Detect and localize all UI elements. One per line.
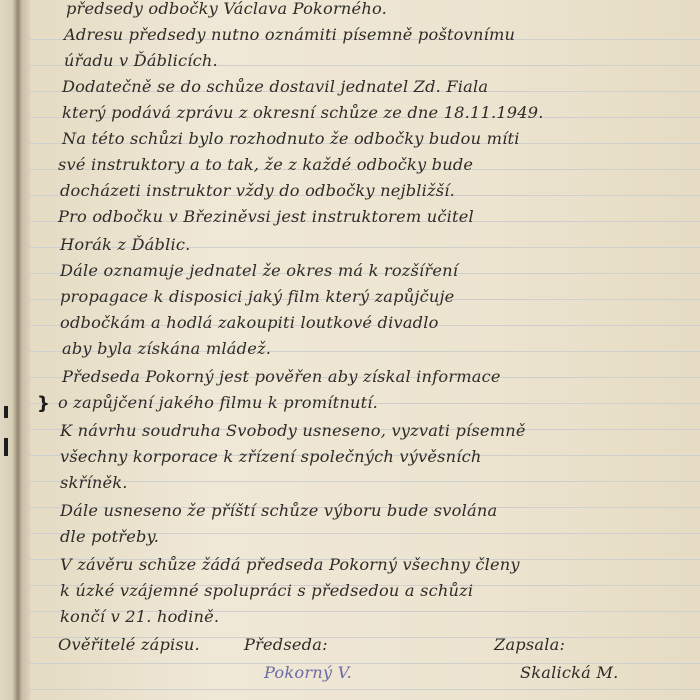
text-line: odbočkám a hodlá zakoupiti loutkové diva… xyxy=(60,310,439,336)
text-line: Dále usneseno že příští schůze výboru bu… xyxy=(60,498,497,524)
recorder-label: Zapsala: xyxy=(494,632,565,658)
text-line: Dodatečně se do schůze dostavil jednatel… xyxy=(62,74,488,100)
text-line: V závěru schůze žádá předseda Pokorný vš… xyxy=(60,552,520,578)
signature-names-row: Pokorný V. Skalická M. xyxy=(58,660,692,686)
text-line: dle potřeby. xyxy=(60,524,159,550)
text-line: Horák z Ďáblic. xyxy=(60,232,190,258)
text-line: K návrhu soudruha Svobody usneseno, vyzv… xyxy=(60,418,526,444)
text-line: Adresu předsedy nutno oznámiti písemně p… xyxy=(64,22,515,48)
binding-gutter xyxy=(0,0,30,700)
chairman-signature: Pokorný V. xyxy=(264,660,352,686)
signature-labels-row: Ověřitelé zápisu. Předseda: Zapsala: xyxy=(58,632,692,658)
binding-mark xyxy=(4,406,8,418)
text-line: úřadu v Ďáblicích. xyxy=(64,48,218,74)
text-line: předsedy odbočky Václava Pokorného. xyxy=(66,0,387,22)
notebook-page: } předsedy odbočky Václava Pokorného. Ad… xyxy=(0,0,700,700)
text-line: Pro odbočku v Březiněvsi jest instruktor… xyxy=(58,204,474,230)
text-line: končí v 21. hodině. xyxy=(60,604,219,630)
chairman-label: Předseda: xyxy=(244,632,328,658)
text-line: Předseda Pokorný jest pověřen aby získal… xyxy=(62,364,501,390)
text-line: o zapůjčení jakého filmu k promítnutí. xyxy=(58,390,378,416)
text-line: všechny korporace k zřízení společných v… xyxy=(60,444,482,470)
text-line: skříněk. xyxy=(60,470,128,496)
text-line: aby byla získána mládež. xyxy=(62,336,271,362)
text-line: propagace k disposici jaký film který za… xyxy=(60,284,454,310)
text-line: Na této schůzi bylo rozhodnuto že odbočk… xyxy=(62,126,520,152)
binding-mark xyxy=(4,438,8,456)
text-line: k úzké vzájemné spolupráci s předsedou a… xyxy=(60,578,473,604)
verifiers-label: Ověřitelé zápisu. xyxy=(58,632,200,658)
text-line: docházeti instruktor vždy do odbočky nej… xyxy=(60,178,455,204)
text-line: který podává zprávu z okresní schůze ze … xyxy=(62,100,544,126)
text-line: své instruktory a to tak, že z každé odb… xyxy=(58,152,473,178)
margin-bracket-mark: } xyxy=(37,393,50,414)
binding-marks xyxy=(0,390,12,480)
recorder-signature: Skalická M. xyxy=(520,660,619,686)
text-line: Dále oznamuje jednatel že okres má k roz… xyxy=(60,258,458,284)
